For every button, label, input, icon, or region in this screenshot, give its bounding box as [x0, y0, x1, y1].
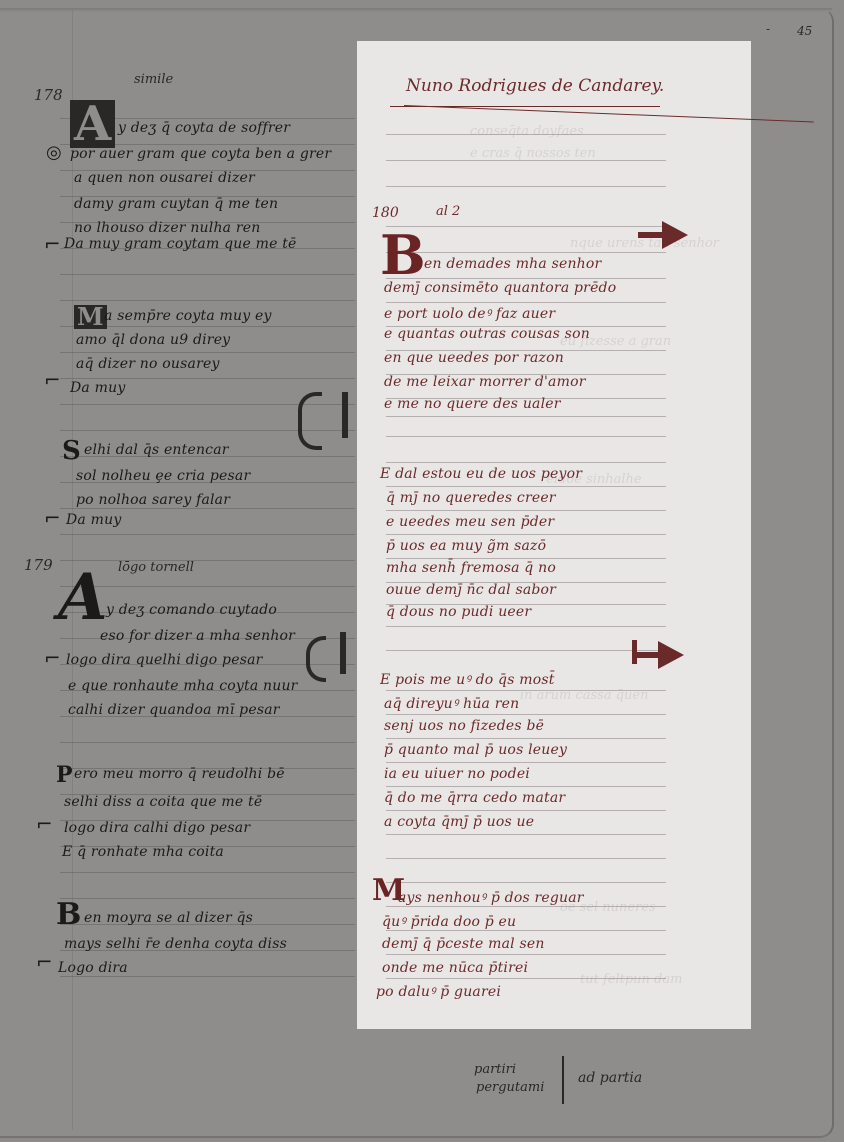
ink-bleed-mark	[342, 392, 348, 438]
verse-line: elhi dal q̄s entencar	[84, 442, 229, 458]
verse-line: ero meu morro q̄ reudolhi bē	[74, 766, 285, 782]
decorated-initial: B	[380, 228, 426, 282]
verse-line: q̄uꝰ p̄rida doo p̄ eu	[382, 912, 516, 931]
decorated-initial: A	[70, 100, 115, 148]
page-top-edge	[0, 8, 832, 12]
verse-line: senj uos no fizedes bē	[384, 718, 544, 734]
verse-line: onde me nūca p̄tirei	[382, 960, 528, 976]
verse-line: p̄ uos ea muy g̃m sazō	[386, 538, 546, 554]
verse-line: e quantas outras cousas son	[384, 326, 590, 342]
refrain-line: logo dira quelhi digo pesar	[66, 652, 263, 668]
verse-line: q̄ dous no pudi ueer	[386, 604, 531, 620]
verse-line: e ueedes meu sen p̄der	[386, 514, 554, 530]
verse-line: mays selhi r̄e denha coyta diss	[64, 936, 287, 952]
refrain-line: logo dira calhi digo pesar	[64, 820, 250, 836]
verse-line: q̄ mj̄ no queredes creer	[386, 490, 556, 506]
red-arrow-icon	[662, 221, 688, 249]
verse-line: eso for dizer a mha senhor	[100, 628, 295, 644]
poem-number: 179	[24, 556, 53, 574]
refrain-mark-icon: ⌐	[44, 646, 61, 670]
verse-line: e port uolo deꝰ faz auer	[384, 304, 555, 323]
verse-line: e me no quere des ualer	[384, 396, 561, 412]
refrain-line: Da muy	[66, 512, 121, 528]
decorated-initial: P	[56, 764, 73, 786]
refrain-line: Logo dira	[58, 960, 128, 976]
verse-line: po nolhoa sarey falar	[76, 492, 230, 508]
author-attribution: Nuno Rodrigues de Candarey.	[406, 76, 664, 96]
verse-line: ays nenhouꝰ p̄ dos reguar	[398, 888, 584, 907]
decorated-initial: S	[62, 438, 81, 464]
refrain-mark-icon: ⌐	[44, 232, 61, 256]
folio-number: 45	[797, 24, 812, 38]
highlighted-text-region	[357, 41, 751, 1029]
verse-line: en demades mha senhor	[424, 256, 601, 272]
refrain-line: Da muy	[70, 380, 125, 396]
refrain-line: Da muy gram coytam que me tē	[64, 236, 297, 252]
footer-note: pergutami	[476, 1080, 544, 1095]
paragraph-mark-icon: ◎	[46, 142, 62, 163]
verse-line: E dal estou eu de uos peyor	[380, 466, 582, 482]
ink-bleed-mark	[298, 392, 322, 450]
verse-line: en moyra se al dizer q̄s	[84, 910, 253, 926]
verse-line: q̄ do me q̄rra cedo matar	[384, 790, 565, 806]
decorated-initial: M	[74, 305, 107, 329]
red-arrow-icon	[658, 641, 684, 669]
refrain-mark-icon: ⌐	[44, 368, 61, 392]
ink-bleed-mark	[340, 632, 346, 674]
verse-line: ouue demj̄ n̄c dal sabor	[386, 582, 556, 598]
refrain-mark-icon: ⌐	[36, 812, 53, 836]
verse-line: no lhouso dizer nulha ren	[74, 220, 260, 236]
poem-number: 178	[34, 86, 63, 104]
brace-mark	[562, 1056, 564, 1104]
decorated-initial: B	[56, 900, 81, 930]
verse-line: mha senh̄ fremosa q̄ no	[386, 560, 556, 576]
footer-note: ad partia	[578, 1070, 642, 1086]
verse-line: a quen non ousarei dizer	[74, 170, 255, 186]
verse-line: y deʒ comando cuytado	[106, 602, 277, 618]
verse-line: de me leixar morrer d'amor	[384, 374, 586, 390]
verse-line: y deʒ q̄ coyta de soffrer	[118, 120, 290, 136]
verse-line: por auer gram que coyta ben a grer	[70, 146, 331, 162]
verse-line: e que ronhaute mha coyta nuur	[68, 678, 298, 694]
ink-bleed-mark	[306, 636, 326, 682]
marginal-note: lōgo tornell	[118, 560, 194, 575]
verse-line: demj̄ q̄ p̄ceste mal sen	[382, 936, 545, 952]
verse-line: a semp̄re coyta muy ey	[104, 308, 272, 324]
verse-line: ia eu uiuer no podei	[384, 766, 530, 782]
verse-line: E q̄ ronhate mha coita	[62, 844, 224, 860]
verse-line: demj̄ consimēto quantora prēdo	[384, 280, 616, 296]
verse-line: po daluꝰ p̄ guarei	[376, 982, 501, 1001]
decorated-initial: A	[58, 566, 108, 630]
poem-number: 180	[372, 205, 399, 221]
verse-line: p̄ quanto mal p̄ uos leuey	[384, 742, 567, 758]
verse-line: E pois me uꝰ do q̄s most̄	[380, 670, 555, 689]
verse-line: en que ueedes por razon	[384, 350, 564, 366]
verse-line: calhi dizer quandoa mī pesar	[68, 702, 280, 718]
verse-line: amo q̄l dona u9 direy	[76, 332, 230, 348]
marginal-note: simile	[134, 72, 173, 87]
refrain-mark-icon: ⌐	[36, 950, 53, 974]
verse-line: damy gram cuytan q̄ me ten	[74, 196, 278, 212]
footer-note: partiri	[474, 1062, 516, 1077]
verse-line: selhi diss a coita que me tē	[64, 794, 262, 810]
verse-line: sol nolheu ȩe cria pesar	[76, 468, 250, 484]
verse-line: aq̄ direyuꝰ hūa ren	[384, 694, 519, 713]
corner-mark: -	[766, 22, 770, 36]
marginal-note: al 2	[436, 204, 460, 219]
refrain-mark-icon: ⌐	[44, 506, 61, 530]
verse-line: a coyta q̄mj̄ p̄ uos ue	[384, 814, 534, 830]
verse-line: aq̄ dizer no ousarey	[76, 356, 220, 372]
